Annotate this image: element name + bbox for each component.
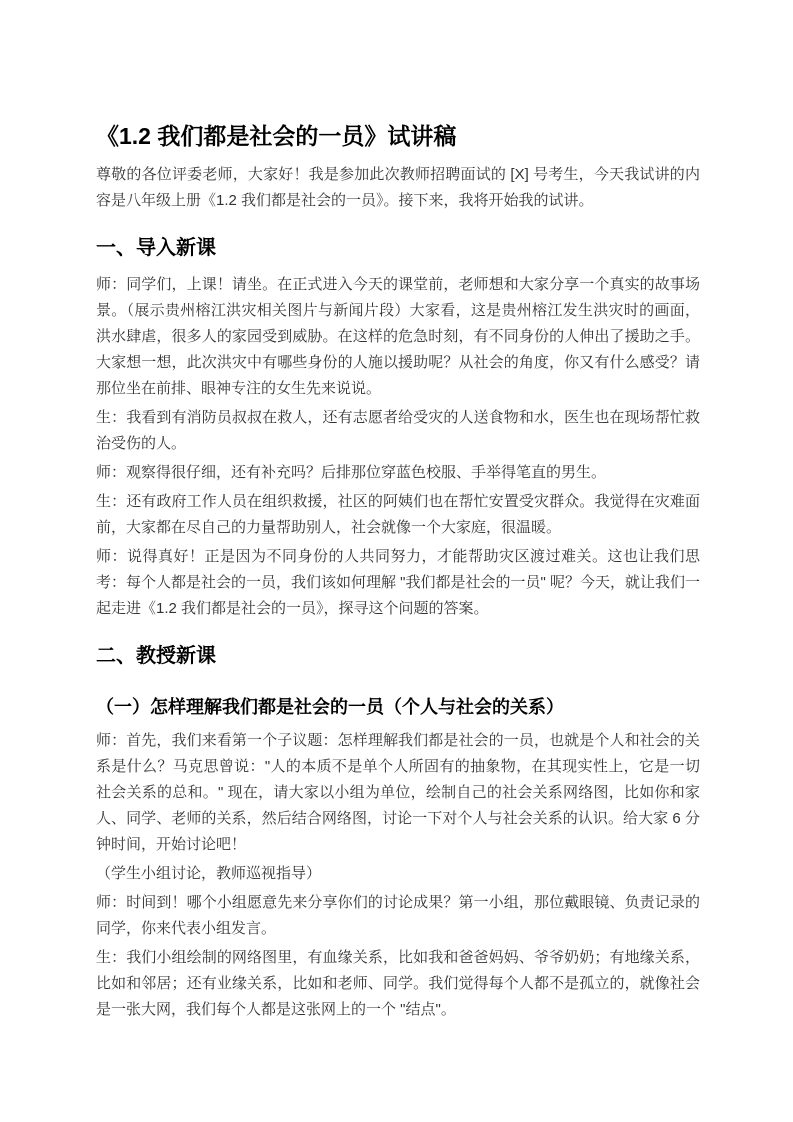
- document-page: 《1.2 我们都是社会的一员》试讲稿 尊敬的各位评委老师，大家好！我是参加此次教…: [0, 0, 793, 1122]
- section-heading-lead-in: 一、导入新课: [96, 234, 700, 262]
- document-title: 《1.2 我们都是社会的一员》试讲稿: [96, 120, 700, 152]
- dialogue-teacher-share-request: 师：时间到！哪个小组愿意先来分享你们的讨论成果？第一小组，那位戴眼镜、负责记录的…: [96, 890, 700, 942]
- dialogue-teacher-opening: 师：同学们，上课！请坐。在正式进入今天的课堂前，老师想和大家分享一个真实的故事场…: [96, 272, 700, 402]
- dialogue-teacher-follow-up: 师：观察得很仔细，还有补充吗？后排那位穿蓝色校服、手举得笔直的男生。: [96, 460, 700, 486]
- section-heading-new-lesson: 二、教授新课: [96, 642, 700, 670]
- subsection-heading-topic-1: （一）怎样理解我们都是社会的一员（个人与社会的关系）: [96, 695, 700, 720]
- intro-paragraph: 尊敬的各位评委老师，大家好！我是参加此次教师招聘面试的 [X] 号考生，今天我试…: [96, 162, 700, 214]
- dialogue-teacher-transition: 师：说得真好！正是因为不同身份的人共同努力，才能帮助灾区渡过难关。这也让我们思考…: [96, 544, 700, 622]
- dialogue-teacher-task: 师：首先，我们来看第一个子议题：怎样理解我们都是社会的一员，也就是个人和社会的关…: [96, 728, 700, 858]
- stage-direction: （学生小组讨论，教师巡视指导）: [96, 861, 700, 887]
- dialogue-student-answer-2: 生：还有政府工作人员在组织救援，社区的阿姨们也在帮忙安置受灾群众。我觉得在灾难面…: [96, 489, 700, 541]
- dialogue-student-answer-1: 生：我看到有消防员叔叔在救人，还有志愿者给受灾的人送食物和水，医生也在现场帮忙救…: [96, 405, 700, 457]
- dialogue-student-group-report: 生：我们小组绘制的网络图里，有血缘关系，比如我和爸爸妈妈、爷爷奶奶；有地缘关系，…: [96, 945, 700, 1023]
